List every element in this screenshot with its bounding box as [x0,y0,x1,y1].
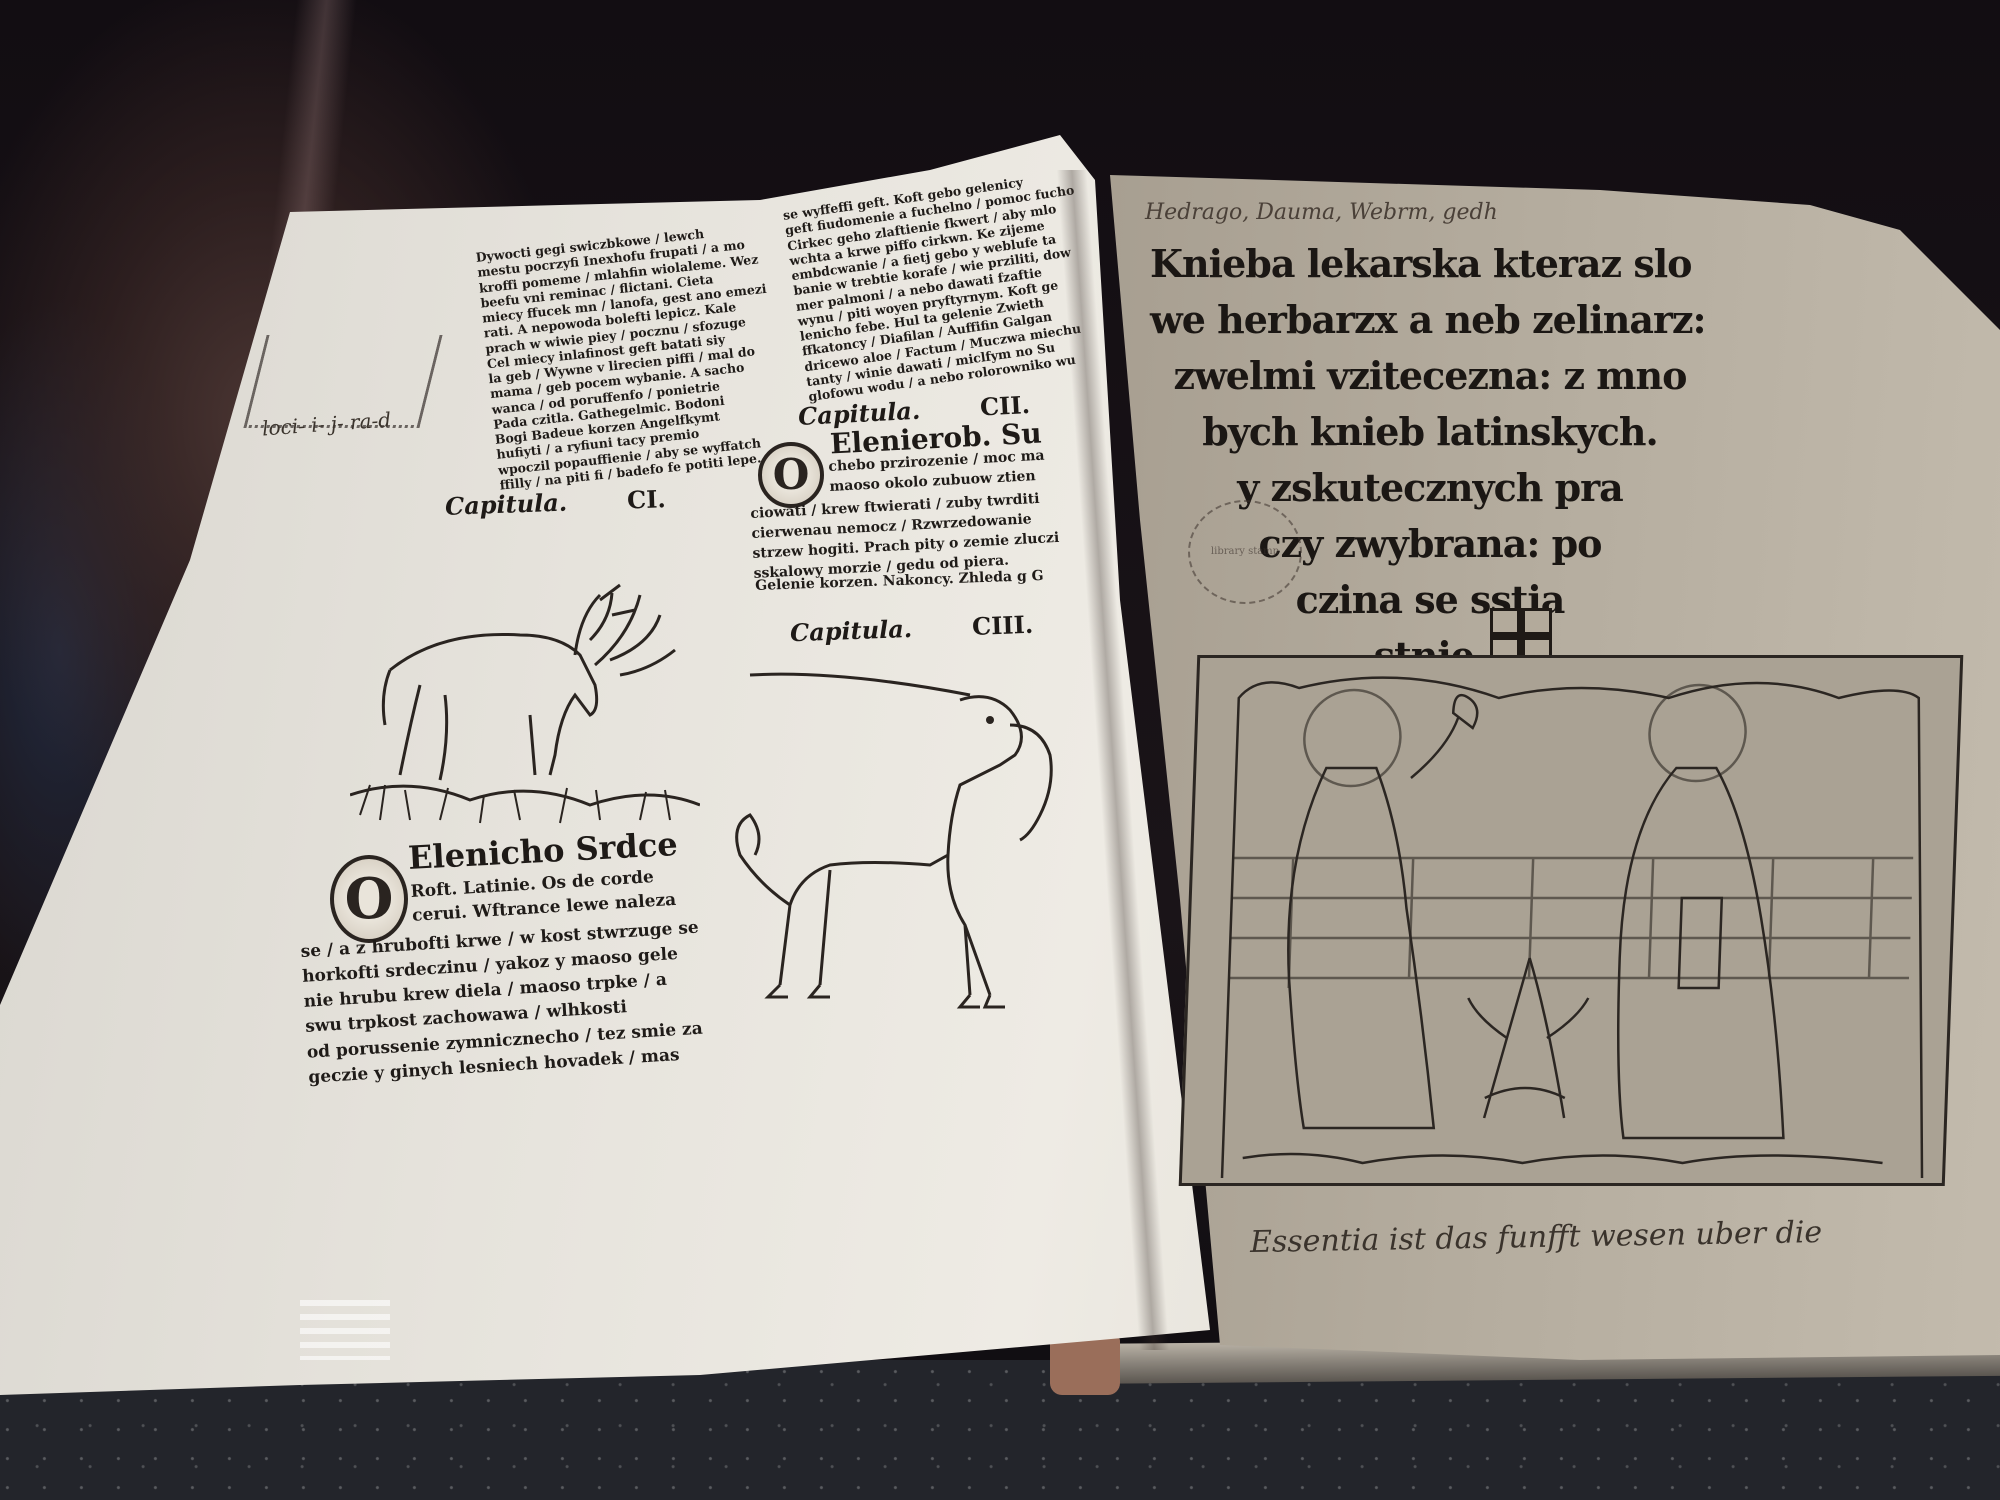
book-spine-tab [1050,1335,1120,1395]
decorated-initial-o: O [758,442,824,508]
physicians-woodcut-illustration [1182,658,1960,1183]
column-1-text-block: Dywocti gegi swiczbkowe / lewch mestu po… [475,220,785,493]
chapter-number: CI. [627,484,667,514]
decorated-initial-o: O [330,855,408,943]
case-light-reflection [300,1300,390,1360]
chapter-label: Capitula. [790,614,913,647]
book-title: Knieba lekarska kteraz slo we herbarzx a… [1150,236,1710,684]
library-stamp: library stamp [1188,500,1302,604]
title-line: zwelmi vzitecezna: z mno [1150,348,1710,404]
unicorn-woodcut-illustration [720,665,1080,1035]
column-2-text-block: se wyffeffi geft. Koft gebo gelenicy gef… [782,167,1099,404]
stag-woodcut-illustration [350,575,700,835]
title-line: Knieba lekarska kteraz slo [1150,236,1710,292]
physicians-woodcut-frame [1179,655,1964,1186]
title-line: bych knieb latinskych. [1150,404,1710,460]
chapter-number: CIII. [972,610,1034,641]
chapter-label: Capitula. [445,488,568,521]
column-1-section-text-continued: se / a z hrubofti krwe / w kost stwrzuge… [300,916,707,1091]
handwritten-top-annotation: Hedrago, Dauma, Webrm, gedh [1145,200,1498,225]
title-line: we herbarzx a neb zelinarz: [1150,292,1710,348]
